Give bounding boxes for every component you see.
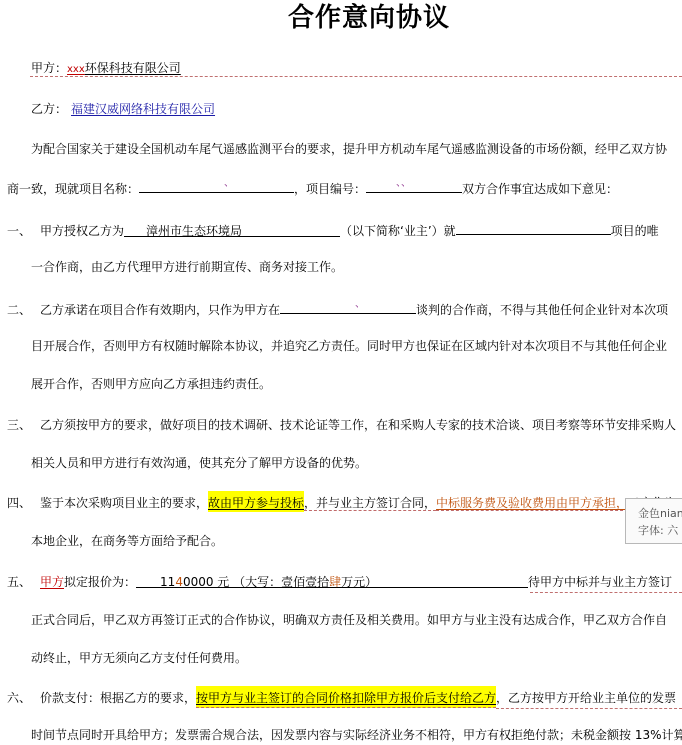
owner-field[interactable]: 漳州市生态环境局 — [124, 223, 340, 237]
intro-line-2: 商一致，现就项目名称：、，项目编号：、、双方合作事宜达成如下意见： — [7, 179, 618, 197]
clause-6-line-1: 六、价款支付：根据乙方的要求，按甲方与业主签订的合同价格扣除甲方报价后支付给乙方… — [7, 690, 676, 706]
highlighted-text-bid[interactable]: 故由甲方参与投标 — [208, 491, 304, 512]
highlighted-text-payment[interactable]: 按甲方与业主签订的合同价格扣除甲方报价后支付给乙方 — [196, 686, 496, 708]
clause-4-line-2: 本地企业，在商务等方面给予配合。 — [31, 533, 223, 549]
revision-mark-line — [496, 708, 682, 709]
clause-4-number: 四、 — [7, 495, 40, 511]
price-field[interactable]: 1140000 元 （大写：壹佰壹拾肆万元） — [136, 574, 528, 588]
party-a-name[interactable]: 环保科技有限公司 — [85, 61, 181, 75]
clause-2-line-2: 目开展合作，否则甲方有权随时解除本协议，并追究乙方责任。同时甲方也保证在区域内针… — [31, 338, 667, 354]
document-title: 合作意向协议 — [0, 0, 682, 36]
clause-5-line-1: 五、甲方拟定报价为：1140000 元 （大写：壹佰壹拾肆万元）待甲方中标并与业… — [7, 574, 672, 590]
clause-4-line-1: 四、鉴于本次采购项目业主的要求，故由甲方参与投标，并与业主方签订合同，中标服务费… — [7, 495, 676, 511]
project-field[interactable] — [456, 221, 611, 235]
clause-1-line-2: 一合作商，由乙方代理甲方进行前期宣传、商务对接工作。 — [31, 259, 343, 275]
inserted-text-fees[interactable]: 中标服务费及验收费用由甲方承担， — [436, 496, 628, 511]
clause-1-line-1: 一、甲方授权乙方为漳州市生态环境局（以下简称‘业主’）就项目的唯 — [7, 221, 659, 239]
region-field[interactable]: 、 — [280, 300, 416, 314]
clause-2-number: 二、 — [7, 302, 40, 318]
clause-3-line-1: 三、乙方须按甲方的要求，做好项目的技术调研、技术论证等工作，在和采购人专家的技术… — [7, 417, 676, 433]
revision-tooltip: 金色nian 字体: 六 — [625, 498, 682, 544]
price-value: 1140000 元 （大写：壹佰壹拾肆万元） — [136, 575, 377, 589]
clause-6-number: 六、 — [7, 690, 40, 706]
clause-5-line-3: 动终止，甲方无须向乙方支付任何费用。 — [31, 650, 247, 666]
clause-3-number: 三、 — [7, 417, 40, 433]
party-a-revised[interactable]: 甲方 — [40, 575, 64, 589]
party-b-name[interactable]: 福建汉威网络科技有限公司 — [67, 102, 219, 116]
tooltip-font: 字体: 六 — [638, 522, 682, 539]
clause-5-number: 五、 — [7, 574, 40, 590]
clause-2-line-3: 展开合作，否则甲方应向乙方承担违约责任。 — [31, 376, 271, 392]
tooltip-author: 金色nian — [638, 505, 682, 522]
clause-6-line-2: 时间节点同时开具给甲方；发票需合规合法，因发票内容与实际经济业务不相符，甲方有权… — [31, 727, 682, 743]
party-a-label: 甲方： — [31, 61, 67, 75]
document-page: 合作意向协议 甲方：xxx环保科技有限公司 乙方：福建汉威网络科技有限公司 为配… — [0, 0, 682, 745]
project-name-field[interactable]: 、 — [139, 179, 294, 193]
clause-5-line-2: 正式合同后，甲乙双方再签订正式的合作协议，明确双方责任及相关费用。如甲方与业主没… — [31, 612, 667, 628]
party-a-placeholder[interactable]: xxx — [67, 64, 85, 75]
owner-name: 漳州市生态环境局 — [124, 224, 242, 238]
project-number-field[interactable]: 、、 — [366, 179, 462, 193]
clause-2-line-1: 二、乙方承诺在项目合作有效期内，只作为甲方在、谈判的合作商，不得与其他任何企业针… — [7, 300, 668, 318]
revision-mark-line — [30, 76, 682, 77]
party-b-label: 乙方： — [31, 102, 67, 116]
revision-mark-line — [530, 592, 682, 593]
party-b-line: 乙方：福建汉威网络科技有限公司 — [31, 101, 219, 117]
clause-1-number: 一、 — [7, 223, 40, 239]
intro-line-1: 为配合国家关于建设全国机动车尾气遥感监测平台的要求，提升甲方机动车尾气遥感监测设… — [31, 141, 667, 157]
clause-3-line-2: 相关人员和甲方进行有效沟通，使其充分了解甲方设备的优势。 — [31, 455, 367, 471]
